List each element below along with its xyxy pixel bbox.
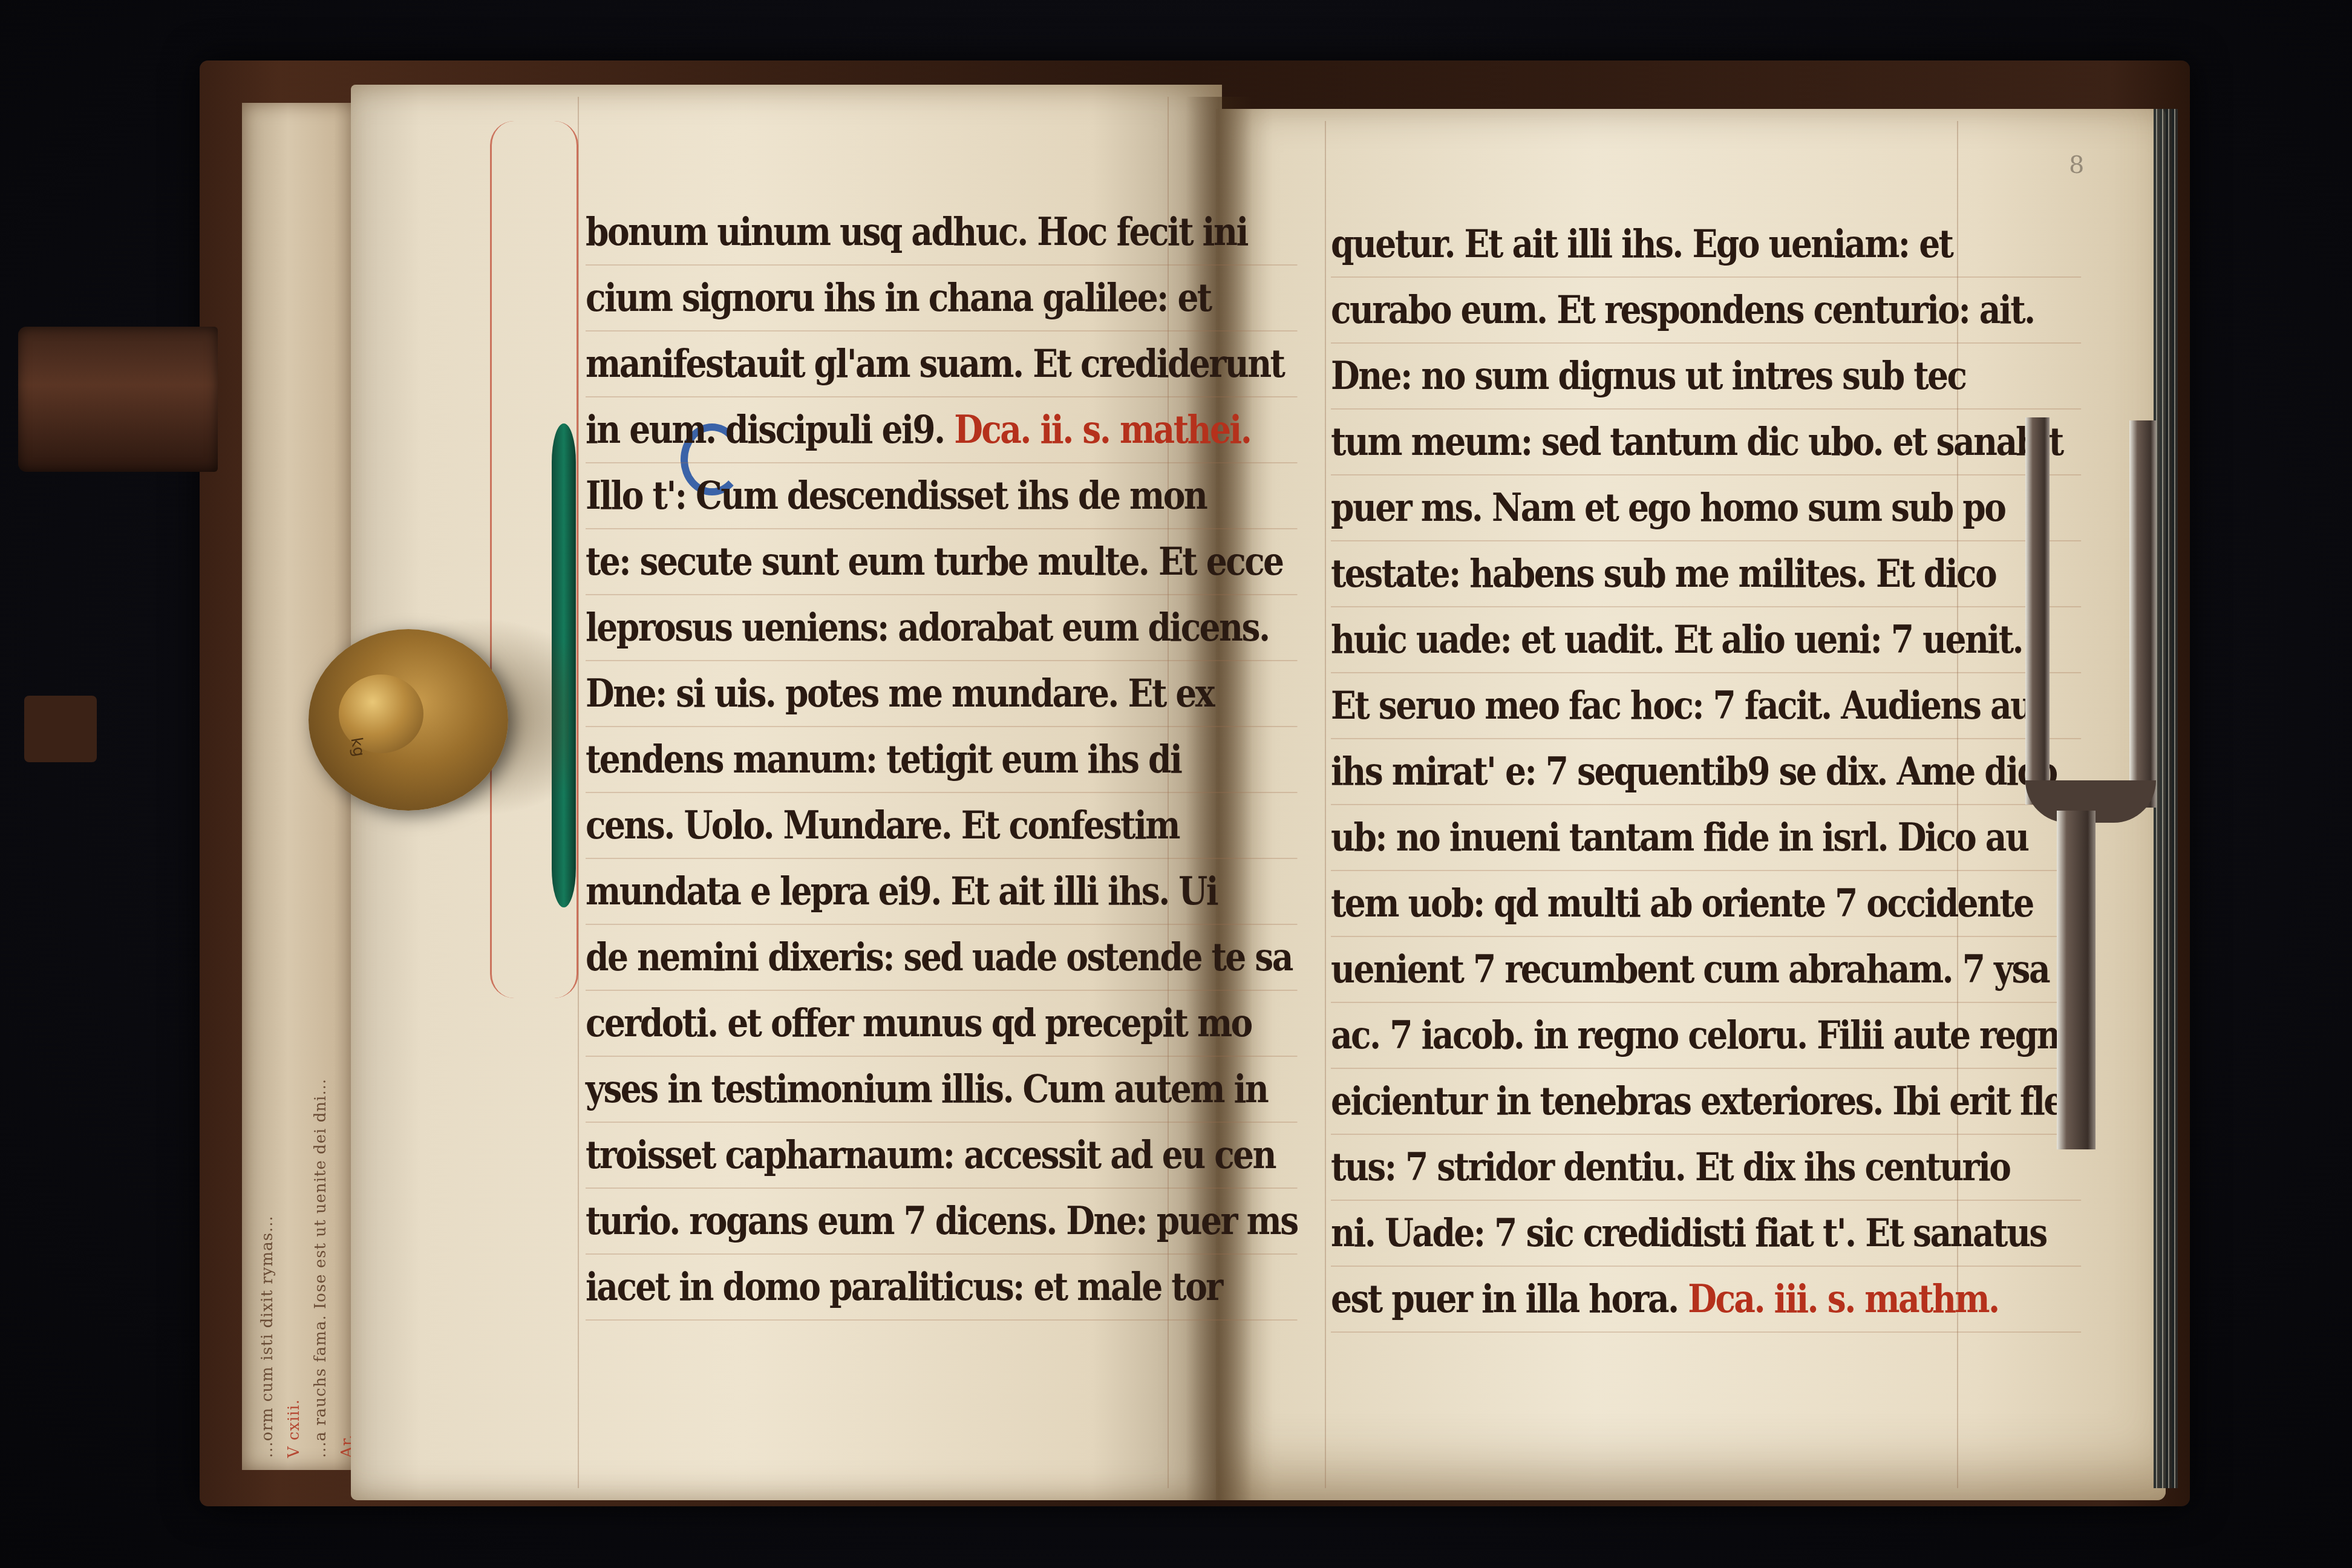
- text-line: huic uade: et uadit. Et alio ueni: 7 uen…: [1331, 607, 2081, 673]
- text-line: cium signoru ihs in chana galilee: et: [586, 266, 1298, 332]
- text-line: in eum. discipuli ei9. Dca. ii. s. mathe…: [586, 397, 1298, 463]
- fragment-line: ...orm cum isti dixit rymas...: [254, 127, 281, 1458]
- fragment-line: ...a rauchs fama. Iose est ut uenite dei…: [307, 127, 334, 1458]
- text-line: mundata e lepra ei9. Et ait illi ihs. Ui: [586, 859, 1298, 925]
- binding-fragment-text: ...orm cum isti dixit rymas... V cxiii. …: [254, 127, 345, 1458]
- text-line: curabo eum. Et respondens centurio: ait.: [1331, 278, 2081, 344]
- text-line: quetur. Et ait illi ihs. Ego ueniam: et: [1331, 212, 2081, 278]
- text-line: est puer in illa hora. Dca. iii. s. math…: [1331, 1267, 2081, 1333]
- text-span: in eum. discipuli ei9.: [586, 407, 944, 452]
- text-line: troisset capharnaum: accessit ad eu cen: [586, 1123, 1298, 1189]
- text-span: est puer in illa hora.: [1331, 1276, 1678, 1322]
- text-line: te: secute sunt eum turbe multe. Et ecce: [586, 529, 1298, 595]
- leather-clasp: [18, 327, 218, 472]
- text-line: eicientur in tenebras exteriores. Ibi er…: [1331, 1069, 2081, 1135]
- text-line: ub: no inueni tantam fide in isrl. Dico …: [1331, 805, 2081, 871]
- text-line: cerdoti. et offer munus qd precepit mo: [586, 991, 1298, 1057]
- text-line: ni. Uade: 7 sic credidisti fiat t'. Et s…: [1331, 1201, 2081, 1267]
- page-edges: [2154, 109, 2178, 1488]
- text-line: iacet in domo paraliticus: et male tor: [586, 1255, 1298, 1321]
- text-line: Dne: no sum dignus ut intres sub tec: [1331, 344, 2081, 410]
- text-line: tendens manum: tetigit eum ihs di: [586, 727, 1298, 793]
- folio-number: 8: [2069, 151, 2084, 179]
- ruling-line: [1325, 121, 1326, 1488]
- text-line: Dne: si uis. potes me mundare. Et ex: [586, 661, 1298, 727]
- text-line: Illo t': Cum descendisset ihs de mon: [586, 463, 1298, 529]
- text-line: uenient 7 recumbent cum abraham. 7 ysa: [1331, 937, 2081, 1003]
- text-line: cens. Uolo. Mundare. Et confestim: [586, 793, 1298, 859]
- text-line: tem uob: qd multi ab oriente 7 occidente: [1331, 871, 2081, 937]
- text-line: puer ms. Nam et ego homo sum sub po: [1331, 475, 2081, 541]
- text-line: Et seruo meo fac hoc: 7 facit. Audiens a…: [1331, 673, 2081, 739]
- text-line: tus: 7 stridor dentiu. Et dix ihs centur…: [1331, 1135, 2081, 1201]
- text-line: bonum uinum usq adhuc. Hoc fecit ini: [586, 200, 1298, 266]
- rubric: Dca. iii. s. mathm.: [1688, 1276, 1998, 1322]
- text-line: de nemini dixeris: sed uade ostende te s…: [586, 925, 1298, 991]
- text-line: turio. rogans eum 7 dicens. Dne: puer ms: [586, 1189, 1298, 1255]
- weight-stamp: kg: [347, 736, 368, 758]
- fragment-rubric: V cxiii.: [281, 127, 307, 1458]
- right-page-text: quetur. Et ait illi ihs. Ego ueniam: et …: [1331, 212, 2081, 1333]
- tuning-fork-stem: [2057, 811, 2096, 1149]
- text-line: yses in testimonium illis. Cum autem in: [586, 1057, 1298, 1123]
- text-line: leprosus ueniens: adorabat eum dicens.: [586, 595, 1298, 661]
- tuning-fork-prong-right: [2129, 420, 2156, 808]
- tuning-fork-prong-left: [2025, 417, 2050, 805]
- left-page-text: bonum uinum usq adhuc. Hoc fecit ini ciu…: [586, 200, 1298, 1321]
- leather-clasp-tab: [24, 696, 97, 762]
- rubric: Dca. ii. s. mathei.: [954, 407, 1250, 452]
- text-line: ac. 7 iacob. in regno celoru. Filii aute…: [1331, 1003, 2081, 1069]
- text-line: manifestauit gl'am suam. Et crediderunt: [586, 332, 1298, 397]
- text-line: ihs mirat' e: 7 sequentib9 se dix. Ame d…: [1331, 739, 2081, 805]
- text-line: testate: habens sub me milites. Et dico: [1331, 541, 2081, 607]
- text-line: tum meum: sed tantum dic ubo. et sanabit: [1331, 410, 2081, 475]
